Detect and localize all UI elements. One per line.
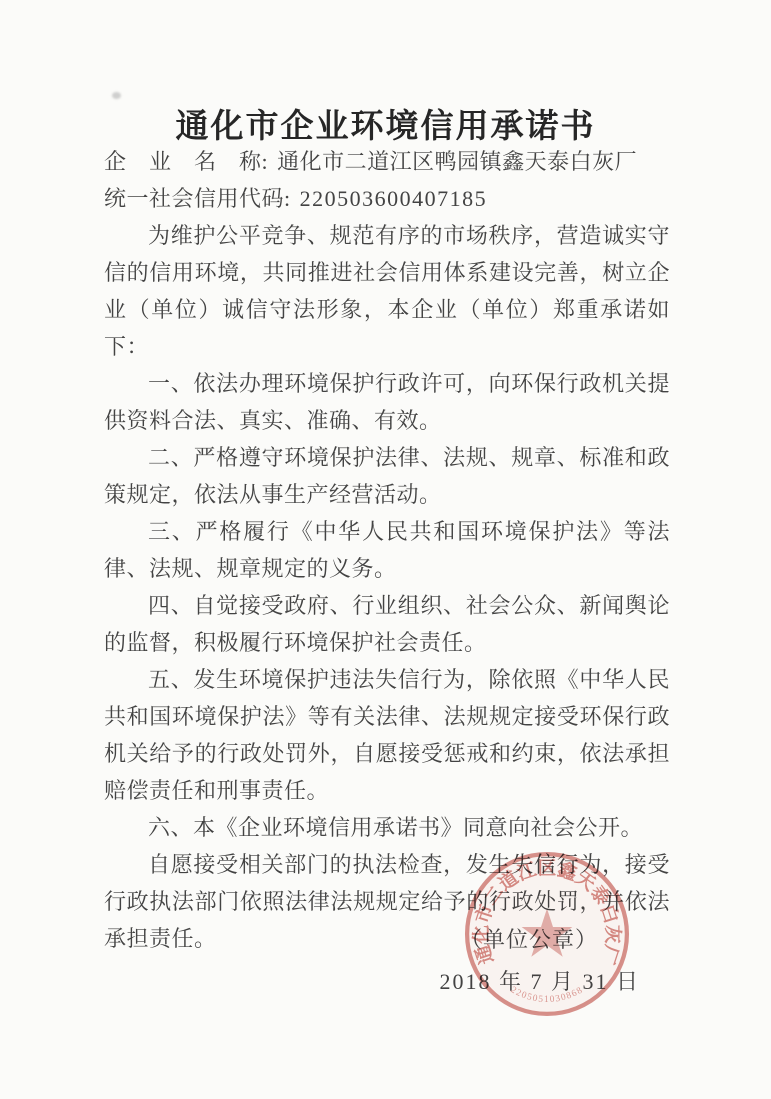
paragraph-item-4: 四、自觉接受政府、行业组织、社会公众、新闻舆论的监督，积极履行环境保护社会责任。 bbox=[104, 587, 670, 661]
scanned-document-page: 通化市企业环境信用承诺书 企 业 名 称:通化市二道江区鸭园镇鑫天泰白灰厂 统一… bbox=[0, 0, 771, 1099]
field-credit-code: 统一社会信用代码:220503600407185 bbox=[104, 180, 670, 217]
document-body: 企 业 名 称:通化市二道江区鸭园镇鑫天泰白灰厂 统一社会信用代码:220503… bbox=[104, 143, 670, 957]
field-label-company-name: 企 业 名 称: bbox=[104, 149, 268, 174]
paragraph-item-5: 五、发生环境保护违法失信行为，除依照《中华人民共和国环境保护法》等有关法律、法规… bbox=[104, 661, 670, 809]
scan-artifact bbox=[112, 92, 121, 99]
field-value-credit-code: 220503600407185 bbox=[300, 186, 488, 211]
field-company-name: 企 业 名 称:通化市二道江区鸭园镇鑫天泰白灰厂 bbox=[104, 143, 670, 180]
paragraph-item-6: 六、本《企业环境信用承诺书》同意向社会公开。 bbox=[104, 809, 670, 846]
document-title: 通化市企业环境信用承诺书 bbox=[0, 100, 771, 147]
company-seal-stamp: 通化市二道江区鑫天泰白灰厂 2205051030868 bbox=[462, 849, 632, 1019]
field-label-credit-code: 统一社会信用代码: bbox=[104, 186, 291, 211]
paragraph-item-3: 三、严格履行《中华人民共和国环境保护法》等法律、法规、规章规定的义务。 bbox=[104, 513, 670, 587]
paragraph-item-2: 二、严格遵守环境保护法律、法规、规章、标准和政策规定，依法从事生产经营活动。 bbox=[104, 439, 670, 513]
paragraph-item-1: 一、依法办理环境保护行政许可，向环保行政机关提供资料合法、真实、准确、有效。 bbox=[104, 365, 670, 439]
paragraph-intro: 为维护公平竞争、规范有序的市场秩序，营造诚实守信的信用环境，共同推进社会信用体系… bbox=[104, 217, 670, 365]
field-value-company-name: 通化市二道江区鸭园镇鑫天泰白灰厂 bbox=[277, 149, 637, 174]
